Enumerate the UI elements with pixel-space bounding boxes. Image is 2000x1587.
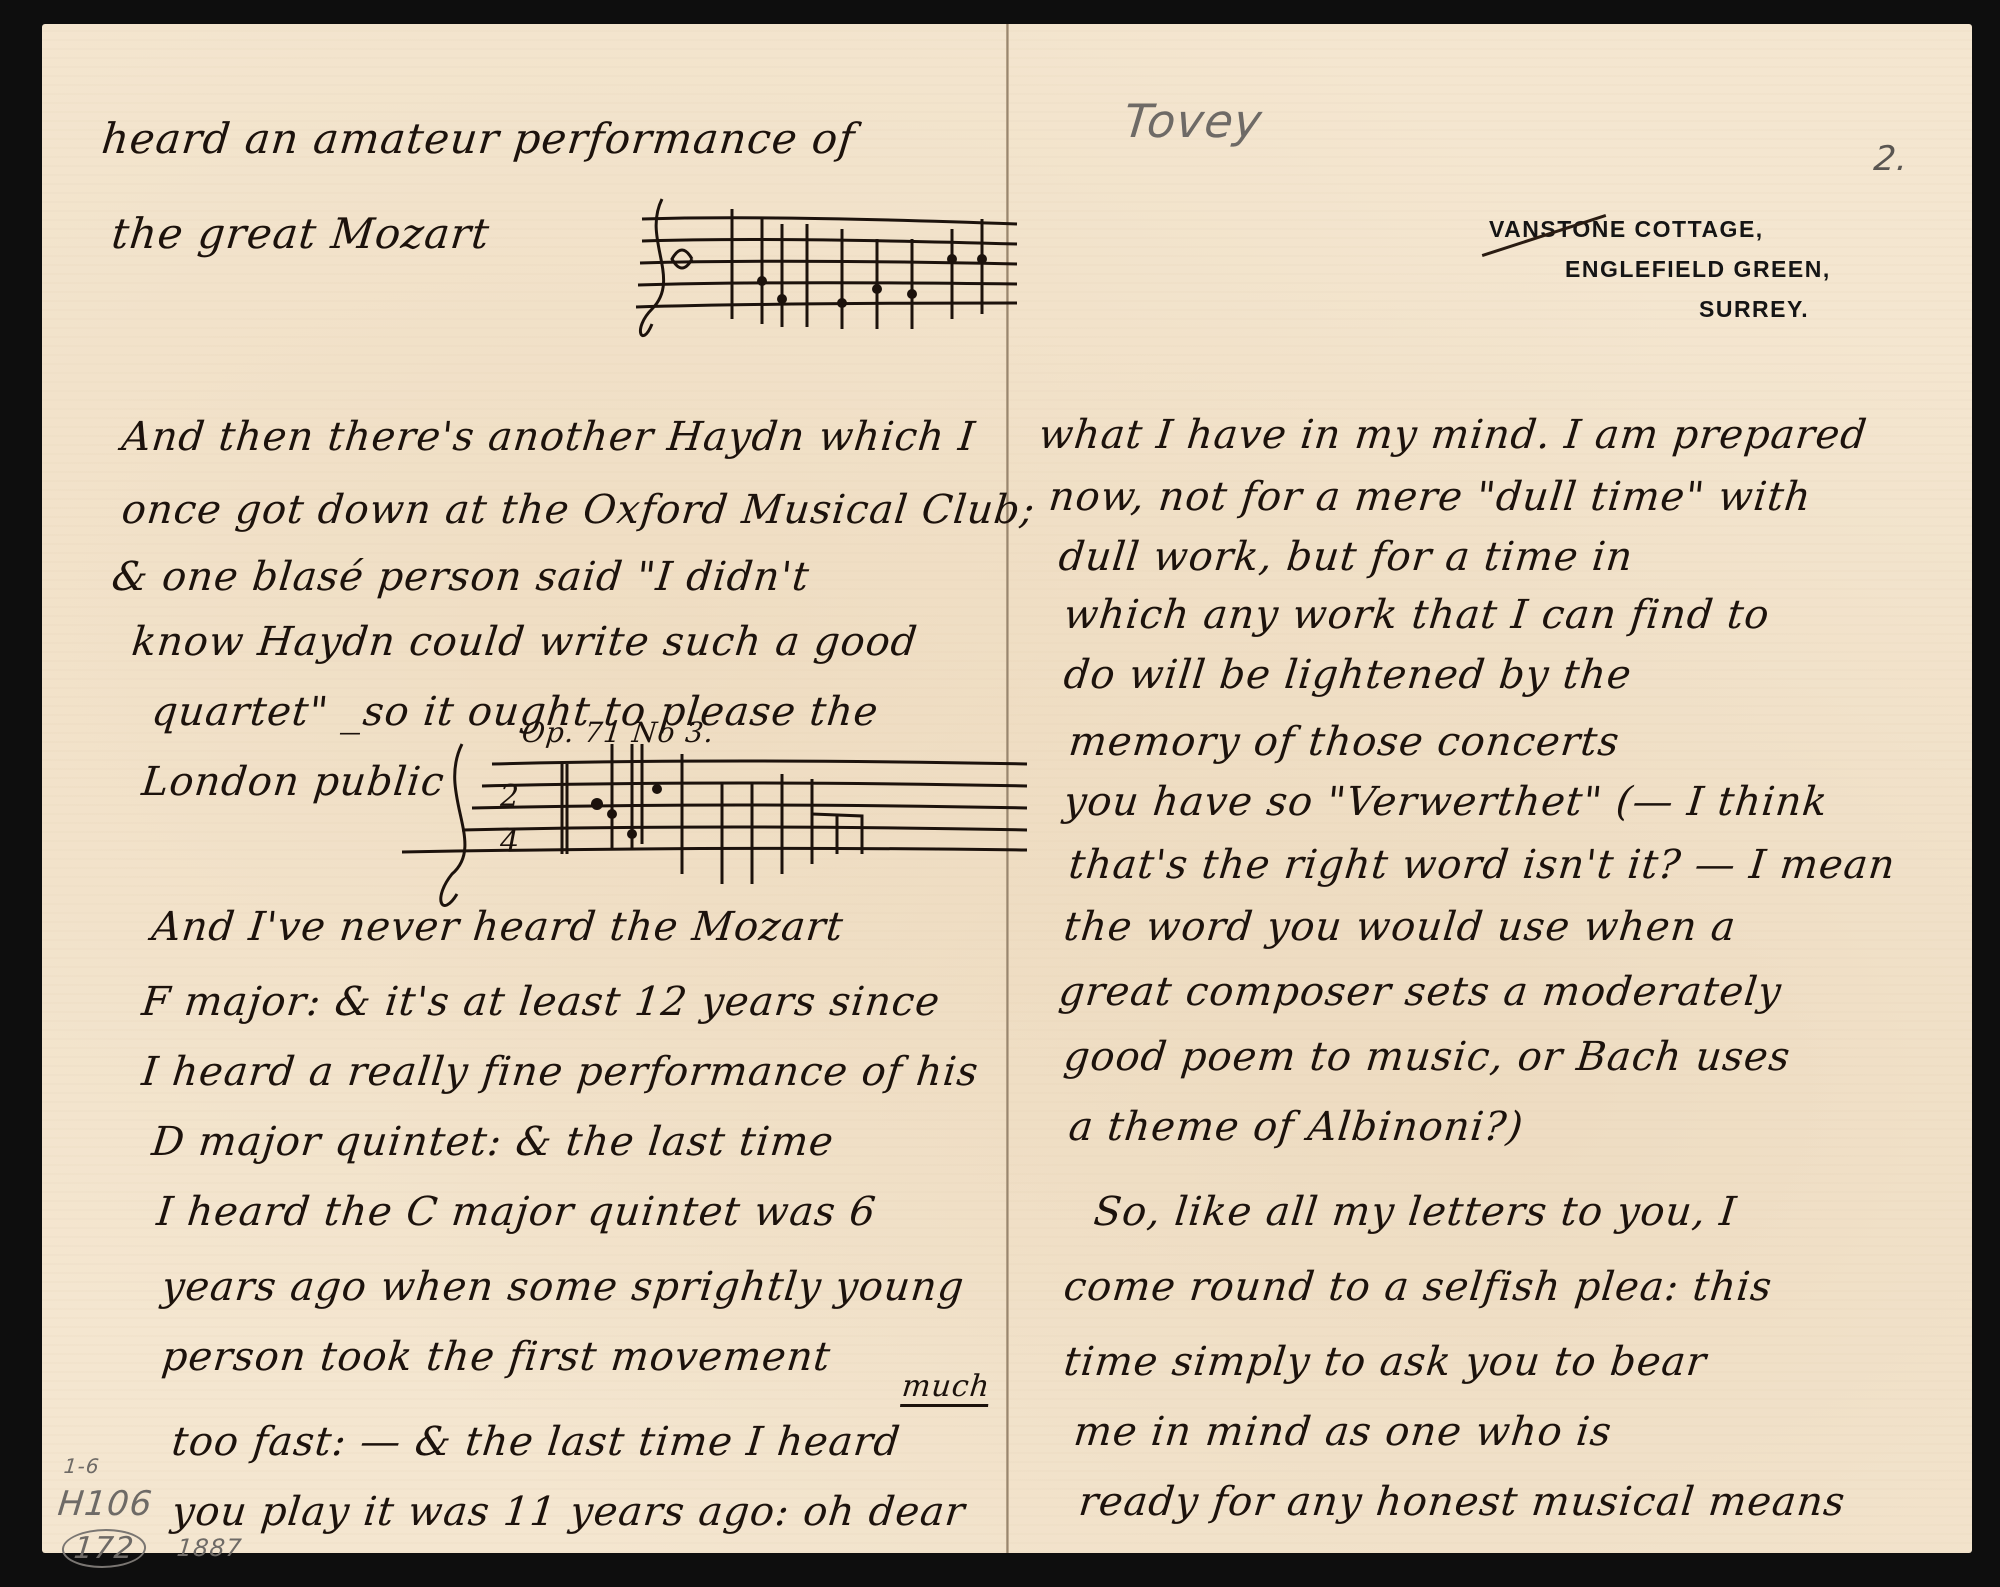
page-number: 2. — [1872, 139, 1911, 179]
text-line: So, like all my letters to you, I — [1092, 1189, 1740, 1235]
right-page: Tovey 2. VANSTONE COTTAGE, ENGLEFIELD GR… — [1009, 24, 1972, 1553]
folio-mark: 1-6 — [63, 1454, 101, 1478]
text-line: once got down at the Oxford Musical Club… — [120, 487, 1038, 533]
text-line: now, not for a mere "dull time" with — [1047, 474, 1814, 520]
text-line: And I've never heard the Mozart — [150, 904, 846, 950]
music-example-haydn: Op. 71 No 3. — [432, 724, 1032, 918]
text-line: a theme of Albinoni?) — [1067, 1104, 1526, 1150]
text-line: memory of those concerts — [1067, 719, 1622, 765]
text-line: the word you would use when a — [1062, 904, 1739, 950]
left-page: heard an amateur performance of the grea… — [42, 24, 1006, 1553]
text-line: ready for any honest musical means — [1077, 1479, 1848, 1525]
pencil-name-tovey: Tovey — [1121, 94, 1265, 148]
letterhead-line-2: ENGLEFIELD GREEN, — [1565, 256, 1831, 283]
text-line: you have so "Verwerthet" (— I think — [1062, 779, 1831, 825]
text-line: me in mind as one who is — [1072, 1409, 1615, 1455]
music-example-mozart — [622, 199, 1022, 353]
letterhead-line-3: SURREY. — [1699, 296, 1809, 323]
text-line: heard an amateur performance of — [99, 114, 857, 163]
text-line: you play it was 11 years ago: oh dear — [170, 1489, 968, 1535]
text-line: great composer sets a moderately — [1057, 969, 1784, 1015]
text-line: & one blasé person said "I didn't — [110, 554, 812, 600]
text-line: dull work, but for a time in — [1057, 534, 1636, 580]
text-line: that's the right word isn't it? — I mean — [1067, 842, 1898, 888]
text-line: too fast: — & the last time I heard — [170, 1419, 903, 1465]
circled-number: 172 — [60, 1529, 148, 1568]
text-line: London public — [140, 759, 447, 805]
text-line: person took the first movement — [160, 1334, 833, 1380]
text-line: know Haydn could write such a good — [130, 619, 920, 665]
text-line: I heard the C major quintet was 6 — [155, 1189, 879, 1235]
shelfmark: H106 — [56, 1484, 155, 1524]
insertion-much: much — [900, 1369, 992, 1407]
text-line: the great Mozart — [109, 209, 492, 258]
opus-label: Op. 71 No 3. — [520, 716, 716, 749]
text-line: years ago when some sprightly young — [160, 1264, 967, 1310]
text-line: what I have in my mind. I am prepared — [1037, 412, 1870, 458]
letter-sheet: heard an amateur performance of the grea… — [42, 24, 1972, 1553]
year-mark: 1887 — [176, 1534, 244, 1562]
svg-text:4: 4 — [499, 825, 519, 860]
text-line: D major quintet: & the last time — [150, 1119, 837, 1165]
text-line: I heard a really fine performance of his — [140, 1049, 981, 1095]
text-line: which any work that I can find to — [1062, 592, 1772, 638]
text-line: come round to a selfish plea: this — [1062, 1264, 1775, 1310]
text-line: F major: & it's at least 12 years since — [140, 979, 943, 1025]
text-line: And then there's another Haydn which I — [120, 414, 978, 460]
text-line: time simply to ask you to bear — [1062, 1339, 1709, 1385]
text-line: good poem to music, or Bach uses — [1062, 1034, 1793, 1080]
text-line: do will be lightened by the — [1062, 652, 1634, 698]
svg-text:2: 2 — [499, 779, 519, 814]
